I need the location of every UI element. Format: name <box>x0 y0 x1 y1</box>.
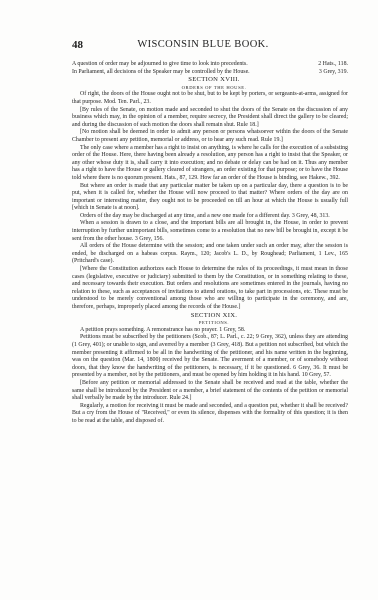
opening-line: In Parliament, all decisions of the Spea… <box>72 69 348 77</box>
opening-line-citation: 2 Hats., 118. <box>318 61 348 69</box>
opening-line: A question of order may be adjourned to … <box>72 61 348 69</box>
opening-line-text: A question of order may be adjourned to … <box>72 61 248 69</box>
paragraph: [No motion shall be deemed in order to a… <box>72 129 348 144</box>
paragraph: All orders of the House determine with t… <box>72 243 348 266</box>
paragraph: Of right, the doors of the House ought n… <box>72 91 348 106</box>
running-title: WISCONSIN BLUE BOOK. <box>72 39 334 50</box>
document-page: 48 WISCONSIN BLUE BOOK. A question of or… <box>0 0 378 600</box>
paragraph: Regularly, a motion for receiving it mus… <box>72 403 348 426</box>
page-header: 48 WISCONSIN BLUE BOOK. <box>72 39 334 53</box>
paragraph: Orders of the day may be discharged at a… <box>72 213 348 221</box>
section-18-heading: SECTION XVIII. <box>72 76 348 84</box>
paragraph: [By rules of the Senate, on motion made … <box>72 107 348 130</box>
page-body: A question of order may be adjourned to … <box>72 61 348 426</box>
section-19-heading: SECTION XIX. <box>72 312 348 320</box>
paragraph: Petitions must be subscribed by the peti… <box>72 334 348 380</box>
opening-line-citation: 3 Grey, 319. <box>319 69 348 77</box>
paragraph: [Before any petition or memorial address… <box>72 380 348 403</box>
paragraph: The only case where a member has a right… <box>72 145 348 183</box>
section-19-subheading: PETITIONS. <box>72 319 348 327</box>
paragraph: [Where the Constitution authorizes each … <box>72 266 348 312</box>
paragraph: When a session is drawn to a close, and … <box>72 220 348 243</box>
paragraph: But where an order is made that any part… <box>72 183 348 213</box>
opening-line-text: In Parliament, all decisions of the Spea… <box>72 69 250 77</box>
